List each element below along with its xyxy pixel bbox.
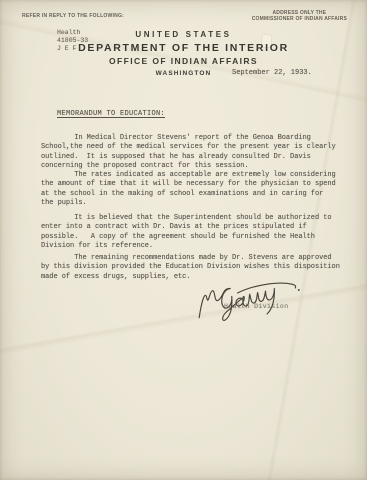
paragraph-1: In Medical Director Stevens' report of t… (41, 134, 353, 171)
handwritten-signature-icon (192, 274, 313, 324)
date-line: September 22, 1933. (232, 69, 312, 77)
refer-in-reply-note: REFER IN REPLY TO THE FOLLOWING: (22, 13, 124, 19)
paragraph-3: It is believed that the Superintendent s… (41, 214, 353, 251)
letter-page: REFER IN REPLY TO THE FOLLOWING: ADDRESS… (0, 0, 367, 480)
letterhead-department: DEPARTMENT OF THE INTERIOR (0, 42, 367, 54)
paragraph-2: The rates indicated as acceptable are ex… (41, 171, 353, 208)
memo-subject-line: MEMORANDUM TO EDUCATION: (57, 110, 165, 118)
letterhead-country: UNITED STATES (0, 30, 367, 39)
letterhead-office: OFFICE OF INDIAN AFFAIRS (0, 56, 367, 66)
address-only-note: ADDRESS ONLY THE COMMISSIONER OF INDIAN … (252, 10, 347, 22)
